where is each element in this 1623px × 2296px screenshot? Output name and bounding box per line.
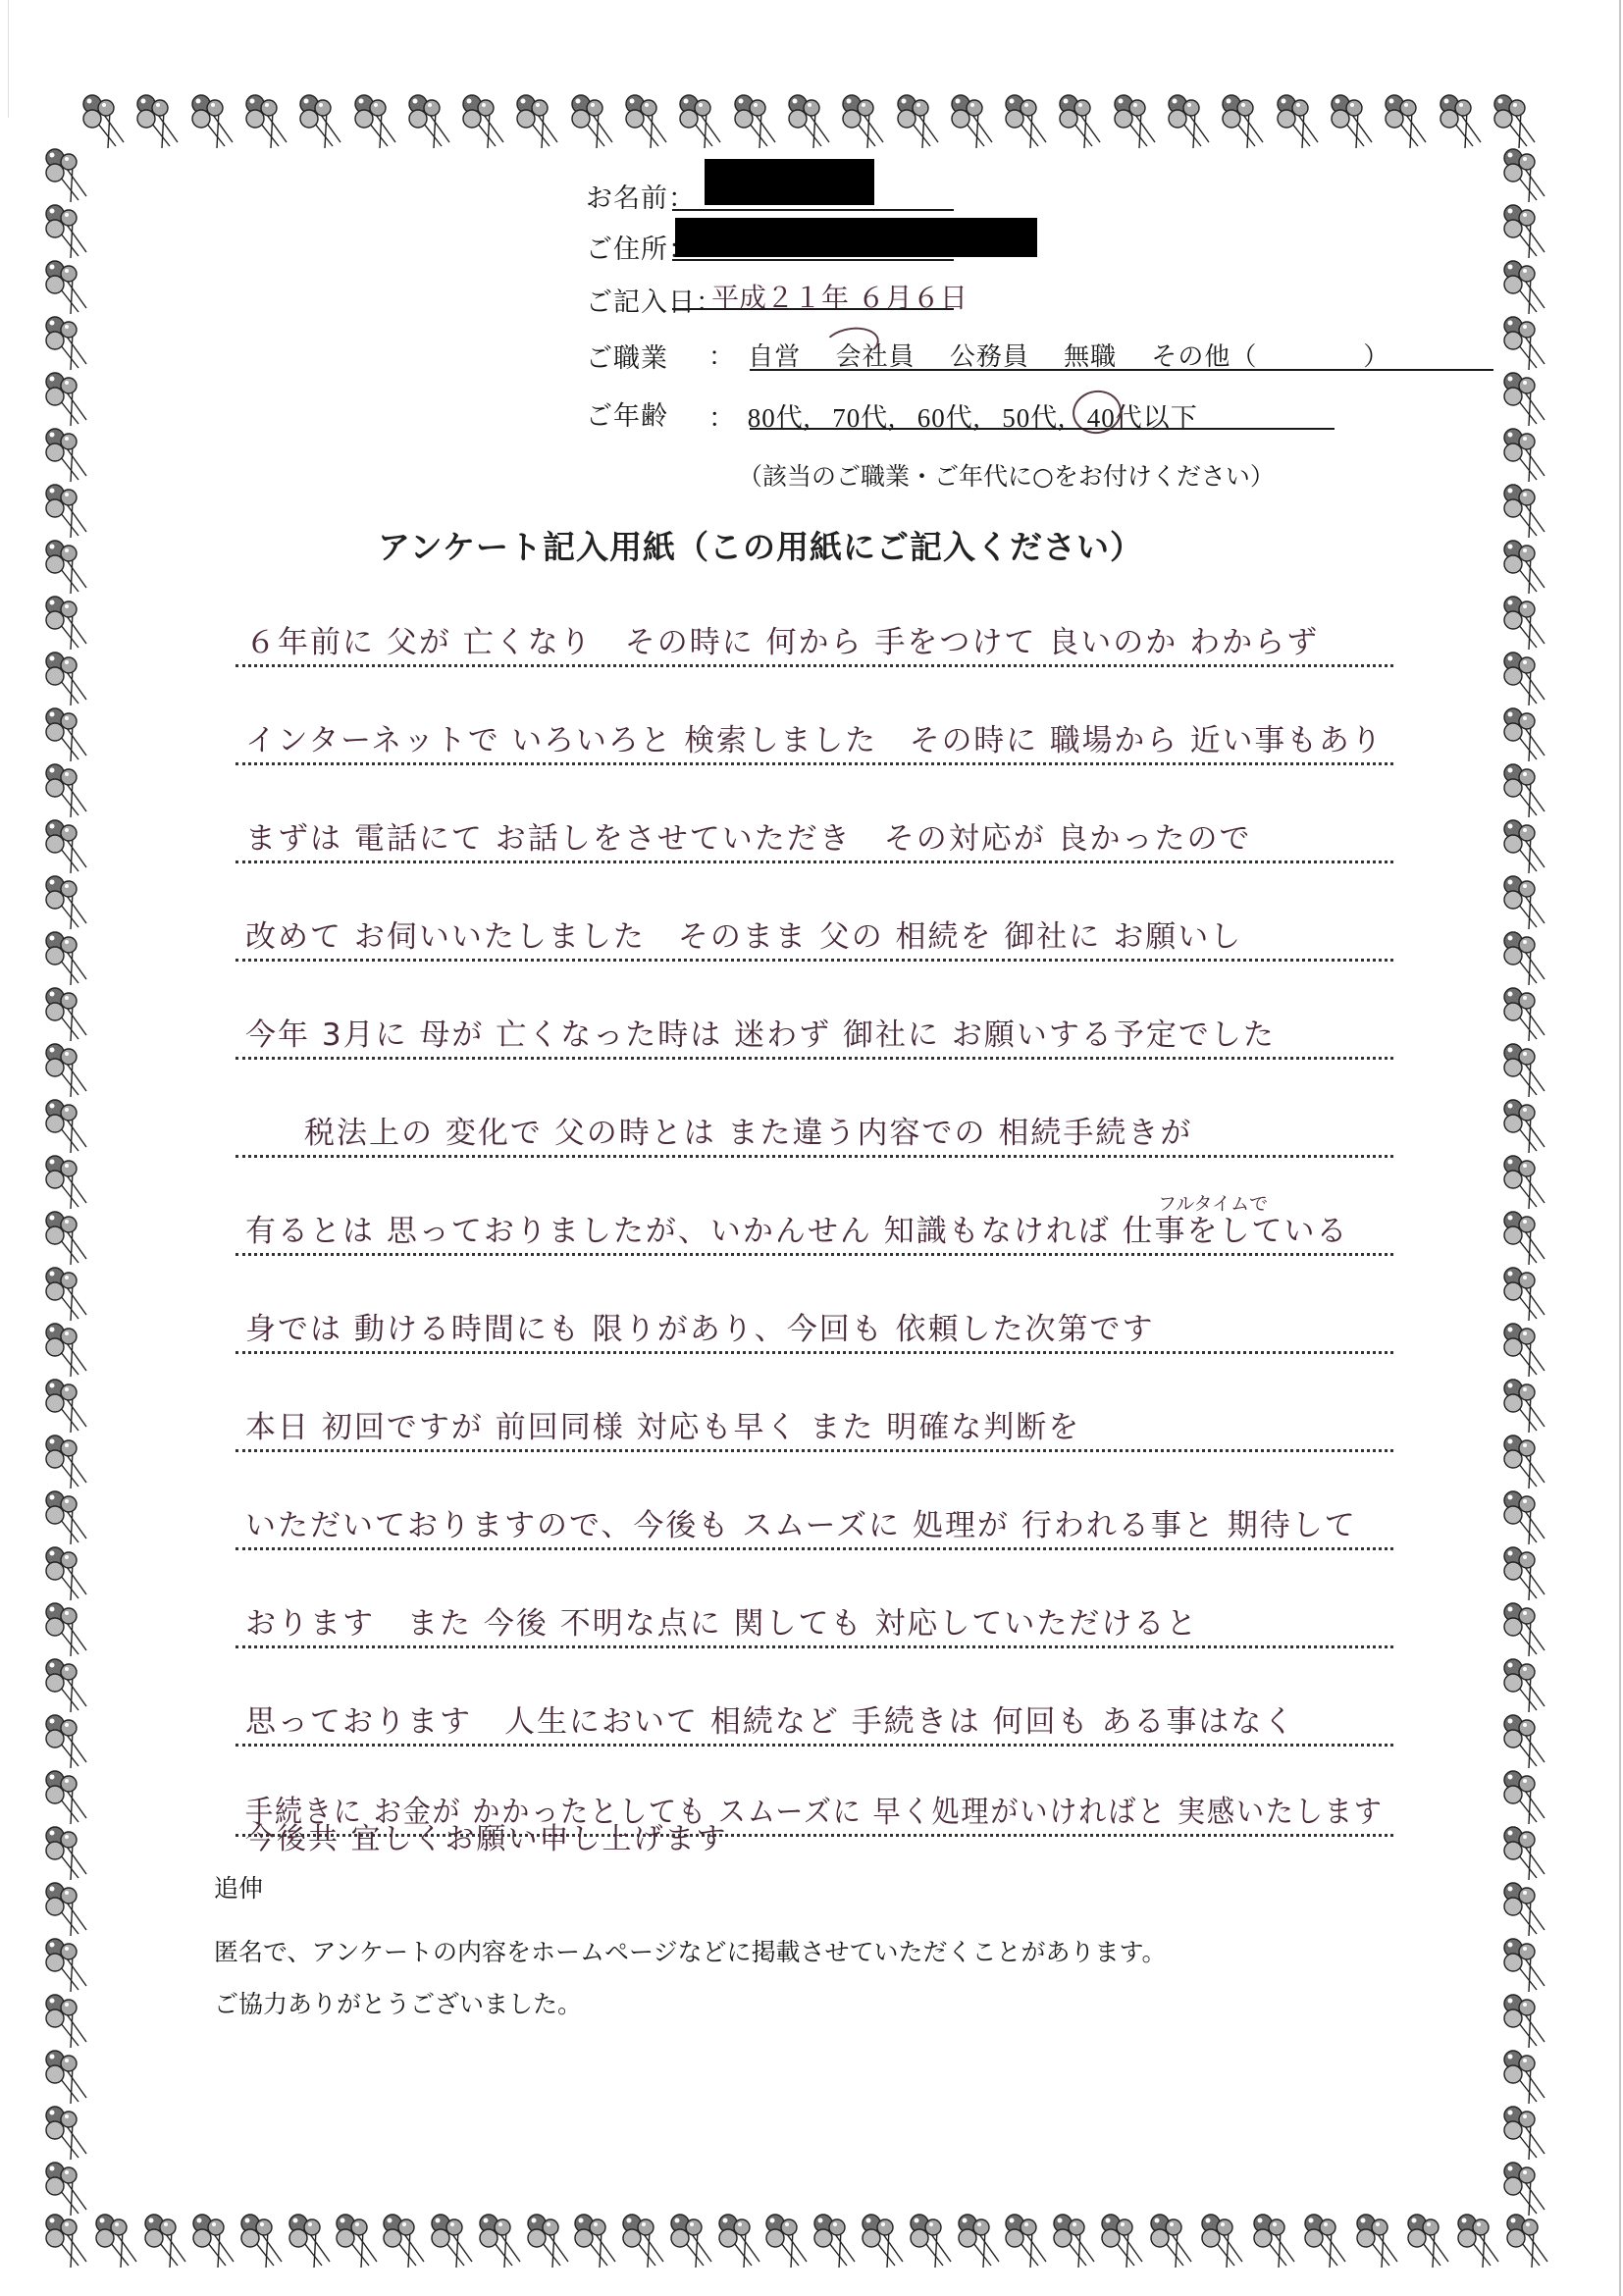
- response-text: 本日 初回ですが 前回同様 対応も早く また 明確な判断を: [245, 1402, 1080, 1446]
- form-title: アンケート記入用紙（この用紙にご記入ください）: [378, 522, 1143, 568]
- balloon-bunch-icon: [43, 2105, 94, 2162]
- balloon-bunch-icon: [334, 2213, 385, 2270]
- balloon-bunch-icon: [243, 93, 294, 150]
- balloon-bunch-icon: [677, 93, 728, 150]
- balloon-bunch-icon: [43, 1210, 94, 1267]
- balloon-bunch-icon: [43, 1154, 94, 1211]
- balloon-bunch-icon: [1148, 2213, 1199, 2270]
- balloon-bunch-icon: [668, 2213, 719, 2270]
- balloon-bunch-icon: [93, 2213, 144, 2270]
- balloon-bunch-icon: [43, 1657, 94, 1714]
- balloon-bunch-icon: [43, 1434, 94, 1490]
- response-text: 税法上の 変化で 父の時とは また違う内容での 相続手続きが: [304, 1108, 1192, 1152]
- occupation-label: ご職業: [586, 337, 668, 375]
- age-colon: ：: [708, 403, 736, 433]
- balloon-bunch-icon: [460, 93, 511, 150]
- occupation-field-line: [750, 369, 1493, 371]
- response-text: いただいておりますので、今後も スムーズに 処理が 行われる事と 期待して: [245, 1500, 1357, 1544]
- balloon-bunch-icon: [43, 1601, 94, 1658]
- balloon-bunch-icon: [43, 1881, 94, 1938]
- balloon-bunch-icon: [43, 1489, 94, 1546]
- balloon-bunch-icon: [1501, 1098, 1552, 1155]
- response-line: ６年前に 父が 亡くなり その時に 何から 手をつけて 良いのか わからず: [236, 608, 1393, 667]
- balloon-bunch-icon: [908, 2213, 959, 2270]
- balloon-bunch-icon: [1501, 2161, 1552, 2218]
- balloon-bunch-icon: [43, 930, 94, 987]
- balloon-bunch-icon: [134, 93, 185, 150]
- balloon-bunch-icon: [43, 1322, 94, 1379]
- response-line: 有るとは 思っておりましたが、いかんせん 知識もなければ 仕事をしている: [236, 1197, 1393, 1256]
- balloon-bunch-icon: [142, 2213, 193, 2270]
- balloon-bunch-icon: [43, 259, 94, 316]
- dotted-rule: [236, 1645, 1393, 1648]
- balloon-bunch-icon: [1501, 874, 1552, 931]
- response-text: おります また 今後 不明な点に 関しても 対応していただけると: [245, 1598, 1198, 1643]
- balloon-bunch-icon: [43, 371, 94, 428]
- dotted-rule: [236, 1744, 1393, 1747]
- balloon-bunch-icon: [1501, 1322, 1552, 1379]
- balloon-bunch-icon: [949, 93, 1000, 150]
- response-text: 改めて お伺いいたしました そのまま 父の 相続を 御社に お願いし: [245, 912, 1242, 956]
- balloon-bunch-icon: [1099, 2213, 1150, 2270]
- balloon-bunch-icon: [1501, 1489, 1552, 1546]
- balloon-bunch-icon: [297, 93, 348, 150]
- response-line: 本日 初回ですが 前回同様 対応も早く また 明確な判断を: [236, 1393, 1393, 1452]
- balloon-bunch-icon: [1220, 93, 1271, 150]
- dotted-rule: [236, 1547, 1393, 1550]
- postscript-label: 追伸: [214, 1869, 263, 1905]
- balloon-bunch-icon: [477, 2213, 528, 2270]
- balloon-bunch-icon: [1501, 315, 1552, 372]
- balloon-bunch-icon: [1383, 93, 1434, 150]
- date-field-line: [672, 308, 954, 310]
- balloon-bunch-icon: [1501, 1601, 1552, 1658]
- balloon-bunch-icon: [1501, 1042, 1552, 1099]
- dotted-rule: [236, 861, 1393, 863]
- dotted-rule: [236, 1351, 1393, 1354]
- balloon-bunch-icon: [763, 2213, 814, 2270]
- balloon-bunch-icon: [43, 2049, 94, 2106]
- response-text: 有るとは 思っておりましたが、いかんせん 知識もなければ 仕事をしている: [245, 1206, 1349, 1250]
- balloon-bunch-icon: [43, 1769, 94, 1826]
- balloon-bunch-icon: [43, 427, 94, 484]
- name-redaction: [705, 159, 874, 205]
- balloon-bunch-icon: [1501, 147, 1552, 204]
- balloon-bunch-icon: [1501, 483, 1552, 540]
- scan-edge: [1619, 0, 1621, 2296]
- dotted-rule: [236, 1449, 1393, 1452]
- balloon-bunch-icon: [189, 93, 240, 150]
- response-line: 改めて お伺いいたしました そのまま 父の 相続を 御社に お願いし: [236, 903, 1393, 962]
- response-line: インターネットで いろいろと 検索しました その時に 職場から 近い事もあり: [236, 706, 1393, 765]
- balloon-bunch-icon: [43, 651, 94, 707]
- balloon-bunch-icon: [1501, 1266, 1552, 1323]
- balloon-bunch-icon: [1329, 93, 1380, 150]
- occupation-option-other[interactable]: その他（ ）: [1151, 342, 1389, 372]
- balloon-bunch-icon: [1455, 2213, 1506, 2270]
- balloon-bunch-icon: [1354, 2213, 1405, 2270]
- balloon-bunch-icon: [43, 986, 94, 1043]
- balloon-bunch-icon: [895, 93, 946, 150]
- balloon-bunch-icon: [1275, 93, 1326, 150]
- balloon-bunch-icon: [1302, 2213, 1353, 2270]
- balloon-bunch-icon: [43, 539, 94, 596]
- balloon-bunch-icon: [525, 2213, 576, 2270]
- balloon-bunch-icon: [43, 1545, 94, 1602]
- balloon-bunch-icon: [43, 147, 94, 204]
- balloon-bunch-icon: [1501, 259, 1552, 316]
- balloon-bunch-icon: [811, 2213, 863, 2270]
- balloon-bunch-icon: [1501, 1545, 1552, 1602]
- balloon-bunch-icon: [43, 706, 94, 763]
- balloon-bunch-icon: [1112, 93, 1163, 150]
- balloon-bunch-icon: [43, 1825, 94, 1882]
- balloon-bunch-icon: [43, 1937, 94, 1994]
- balloon-bunch-icon: [569, 93, 620, 150]
- balloon-bunch-icon: [238, 2213, 289, 2270]
- balloon-bunch-icon: [514, 93, 565, 150]
- dotted-rule: [236, 762, 1393, 765]
- date-value: 平成２１年 ６月６日: [711, 277, 968, 316]
- balloon-bunch-icon: [1501, 1825, 1552, 1882]
- dotted-rule: [236, 1057, 1393, 1060]
- dotted-rule: [236, 959, 1393, 962]
- occupation-options: ： 自営 会社員 公務員 無職 その他（ ）: [708, 337, 1415, 373]
- balloon-bunch-icon: [43, 1713, 94, 1770]
- balloon-bunch-icon: [1492, 93, 1543, 150]
- balloon-bunch-icon: [1405, 2213, 1456, 2270]
- publication-notice: 匿名で、アンケートの内容をホームページなどに掲載させていただくことがあります。: [214, 1933, 1167, 1968]
- occupation-option-unemployed[interactable]: 無職: [1064, 342, 1117, 372]
- balloon-bunch-icon: [732, 93, 783, 150]
- response-text: 身では 動ける時間にも 限りがあり、今回も 依頼した次第です: [245, 1304, 1155, 1348]
- balloon-bunch-icon: [190, 2213, 241, 2270]
- balloon-bunch-icon: [43, 483, 94, 540]
- balloon-bunch-icon: [1501, 1937, 1552, 1994]
- balloon-bunch-icon: [1501, 930, 1552, 987]
- balloon-bunch-icon: [1501, 818, 1552, 875]
- occupation-option-self-employed[interactable]: 自営: [748, 342, 801, 372]
- response-line: まずは 電話にて お話しをさせていただき その対応が 良かったので: [236, 805, 1393, 863]
- balloon-bunch-icon: [1501, 1378, 1552, 1435]
- balloon-bunch-icon: [1438, 93, 1489, 150]
- balloon-bunch-icon: [1003, 93, 1054, 150]
- balloon-bunch-icon: [406, 93, 457, 150]
- balloon-bunch-icon: [620, 2213, 671, 2270]
- response-line: いただいておりますので、今後も スムーズに 処理が 行われる事と 期待して: [236, 1491, 1393, 1550]
- balloon-bunch-icon: [1501, 706, 1552, 763]
- balloon-bunch-icon: [716, 2213, 767, 2270]
- response-line: 今年 3月に 母が 亡くなった時は 迷わず 御社に お願いする予定でした: [236, 1001, 1393, 1060]
- dotted-rule: [236, 664, 1393, 667]
- balloon-bunch-icon: [43, 818, 94, 875]
- age-label: ご年齢: [586, 394, 668, 433]
- balloon-bunch-icon: [1501, 2105, 1552, 2162]
- balloon-bunch-icon: [1501, 427, 1552, 484]
- balloon-bunch-icon: [623, 93, 674, 150]
- response-text: ６年前に 父が 亡くなり その時に 何から 手をつけて 良いのか わからず: [245, 617, 1319, 661]
- balloon-bunch-icon: [1501, 1210, 1552, 1267]
- balloon-bunch-icon: [1501, 1881, 1552, 1938]
- thanks-message: ご協力ありがとうございました。: [214, 1985, 582, 2020]
- balloon-bunch-icon: [860, 2213, 911, 2270]
- dotted-rule: [236, 1155, 1393, 1158]
- balloon-bunch-icon: [43, 762, 94, 819]
- balloon-bunch-icon: [1501, 1713, 1552, 1770]
- balloon-bunch-icon: [43, 203, 94, 260]
- balloon-bunch-icon: [1501, 203, 1552, 260]
- response-text: 思っております 人生において 相続など 手続きは 何回も ある事はなく: [245, 1696, 1295, 1741]
- dotted-rule: [236, 1253, 1393, 1256]
- balloon-bunch-icon: [1057, 93, 1108, 150]
- balloon-bunch-icon: [1501, 539, 1552, 596]
- balloon-bunch-icon: [1501, 1154, 1552, 1211]
- balloon-bunch-icon: [1003, 2213, 1054, 2270]
- balloon-bunch-icon: [840, 93, 891, 150]
- balloon-bunch-icon: [1199, 2213, 1250, 2270]
- balloon-bunch-icon: [80, 93, 131, 150]
- address-field-line: [672, 259, 954, 261]
- balloon-bunch-icon: [287, 2213, 338, 2270]
- response-line: 思っております 人生において 相続など 手続きは 何回も ある事はなく: [236, 1688, 1393, 1747]
- balloon-bunch-icon: [43, 2161, 94, 2218]
- balloon-bunch-icon: [43, 1378, 94, 1435]
- balloon-bunch-icon: [1501, 1769, 1552, 1826]
- response-line: 税法上の 変化で 父の時とは また違う内容での 相続手続きが: [236, 1099, 1393, 1158]
- age-field-line: [750, 428, 1335, 430]
- balloon-bunch-icon: [956, 2213, 1007, 2270]
- balloon-bunch-icon: [1501, 371, 1552, 428]
- response-text: 今年 3月に 母が 亡くなった時は 迷わず 御社に お願いする予定でした: [245, 1010, 1276, 1054]
- balloon-bunch-icon: [1251, 2213, 1302, 2270]
- balloon-bunch-icon: [1166, 93, 1217, 150]
- balloon-bunch-icon: [43, 595, 94, 652]
- balloon-bunch-icon: [43, 1098, 94, 1155]
- balloon-bunch-icon: [572, 2213, 623, 2270]
- balloon-bunch-icon: [1501, 651, 1552, 707]
- response-text: まずは 電話にて お話しをさせていただき その対応が 良かったので: [245, 813, 1252, 858]
- balloon-bunch-icon: [1051, 2213, 1102, 2270]
- balloon-bunch-icon: [429, 2213, 480, 2270]
- balloon-bunch-icon: [43, 315, 94, 372]
- balloon-bunch-icon: [1501, 2049, 1552, 2106]
- balloon-bunch-icon: [352, 93, 403, 150]
- balloon-bunch-icon: [1501, 986, 1552, 1043]
- response-text: インターネットで いろいろと 検索しました その時に 職場から 近い事もあり: [245, 715, 1384, 759]
- balloon-bunch-icon: [43, 874, 94, 931]
- occupation-option-civil-servant[interactable]: 公務員: [950, 342, 1029, 372]
- balloon-bunch-icon: [43, 2213, 94, 2270]
- circle-instruction: （該当のご職業・ご年代に○をお付けください）: [738, 457, 1275, 493]
- balloon-bunch-icon: [1501, 595, 1552, 652]
- balloon-bunch-icon: [1504, 2213, 1555, 2270]
- balloon-bunch-icon: [1501, 1993, 1552, 2050]
- balloon-bunch-icon: [381, 2213, 432, 2270]
- address-redaction: [675, 218, 1037, 257]
- date-label: ご記入日：: [586, 281, 723, 319]
- response-line: 身では 動ける時間にも 限りがあり、今回も 依頼した次第です: [236, 1295, 1393, 1354]
- balloon-bunch-icon: [43, 1042, 94, 1099]
- balloon-bunch-icon: [43, 1993, 94, 2050]
- balloon-bunch-icon: [43, 1266, 94, 1323]
- closing-line: 今後共 宜しくお願い申し上げます: [245, 1814, 728, 1857]
- scan-edge: [8, 0, 9, 118]
- balloon-bunch-icon: [1501, 762, 1552, 819]
- occupation-colon: ：: [708, 342, 735, 372]
- response-line: おります また 今後 不明な点に 関しても 対応していただけると: [236, 1590, 1393, 1648]
- balloon-bunch-icon: [1501, 1434, 1552, 1490]
- balloon-bunch-icon: [1501, 1657, 1552, 1714]
- name-field-line: [672, 209, 954, 211]
- balloon-bunch-icon: [786, 93, 837, 150]
